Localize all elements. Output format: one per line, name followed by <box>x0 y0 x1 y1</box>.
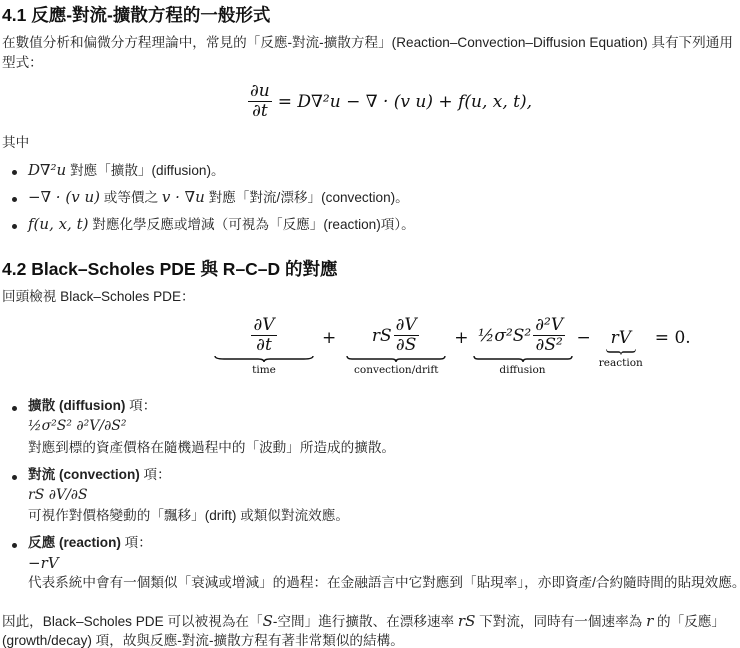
underbrace-icon <box>214 355 314 363</box>
underbrace-icon <box>606 348 636 356</box>
item-convection-math: rS ∂V/∂S <box>28 487 88 503</box>
section1-intro-line2: 型式： <box>2 53 43 73</box>
rcd-equation: ∂u ∂t = D∇²u − ∇ · (v u) + f(u, x, t), <box>246 82 532 121</box>
item-reaction-desc: 代表系統中會有一個類似「衰減或增減」的過程：在金融語言中它對應到「貼現率」，亦即… <box>28 573 740 593</box>
document-page: 4.1 反應-對流-擴散方程的一般形式 在數值分析和偏微分方程理論中，常見的「反… <box>0 0 740 648</box>
conclusion-line1: 因此，Black–Scholes PDE 可以被視為在「S-空間」進行擴散、在漂… <box>2 611 725 632</box>
item-diffusion-heading: 擴散 (diffusion) 項： <box>28 396 156 416</box>
section-title-4-1: 4.1 反應-對流-擴散方程的一般形式 <box>2 2 270 27</box>
bullet-dot <box>12 475 17 480</box>
bullet-dot <box>12 197 17 202</box>
underbrace-icon <box>346 355 446 363</box>
bullet-dot <box>12 543 17 548</box>
du-dt-fraction: ∂u ∂t <box>248 82 272 121</box>
section-title-4-2: 4.2 Black–Scholes PDE 與 R–C–D 的對應 <box>2 256 338 281</box>
item-reaction-math: −rV <box>28 554 59 572</box>
term-diffusion: ½σ²S² ∂²V ∂S² diffusion <box>473 316 573 376</box>
bullet-dot <box>12 224 17 229</box>
item-reaction-heading: 反應 (reaction) 項： <box>28 533 152 553</box>
item-convection-desc: 可視作對價格變動的「飄移」(drift) 或類似對流效應。 <box>28 506 349 526</box>
item-convection-heading: 對流 (convection) 項： <box>28 465 171 485</box>
term-time: ∂V ∂t time <box>214 316 314 376</box>
underbrace-icon <box>473 355 573 363</box>
item-diffusion-math: ½σ²S² ∂²V/∂S² <box>28 418 127 434</box>
bullet-dot <box>12 406 17 411</box>
section1-intro-line1: 在數值分析和偏微分方程理論中，常見的「反應-對流-擴散方程」(Reaction–… <box>2 33 733 53</box>
bullet-reaction: f(u, x, t) 對應化學反應或增減（可視為「反應」(reaction)項）… <box>28 214 415 235</box>
item-diffusion-desc: 對應到標的資產價格在隨機過程中的「波動」所造成的擴散。 <box>28 438 395 458</box>
conclusion-line2: (growth/decay) 項，故與反應-對流-擴散方程有著非常類似的結構。 <box>2 631 404 648</box>
term-convection: rS ∂V ∂S convection/drift <box>346 316 446 376</box>
section2-intro: 回頭檢視 Black–Scholes PDE： <box>2 287 195 307</box>
bullet-convection: −∇ · (v u) 或等價之 v · ∇u 對應「對流/漂移」(convect… <box>28 187 409 208</box>
bullet-diffusion: D∇²u 對應「擴散」(diffusion)。 <box>28 160 225 181</box>
bullet-dot <box>12 170 17 175</box>
where-label: 其中 <box>2 133 29 153</box>
term-reaction: rV reaction <box>599 328 643 369</box>
black-scholes-equation: ∂V ∂t time + rS ∂V ∂S convection/drift +… <box>214 316 691 376</box>
rcd-equation-rhs: = D∇²u − ∇ · (v u) + f(u, x, t), <box>278 92 532 112</box>
